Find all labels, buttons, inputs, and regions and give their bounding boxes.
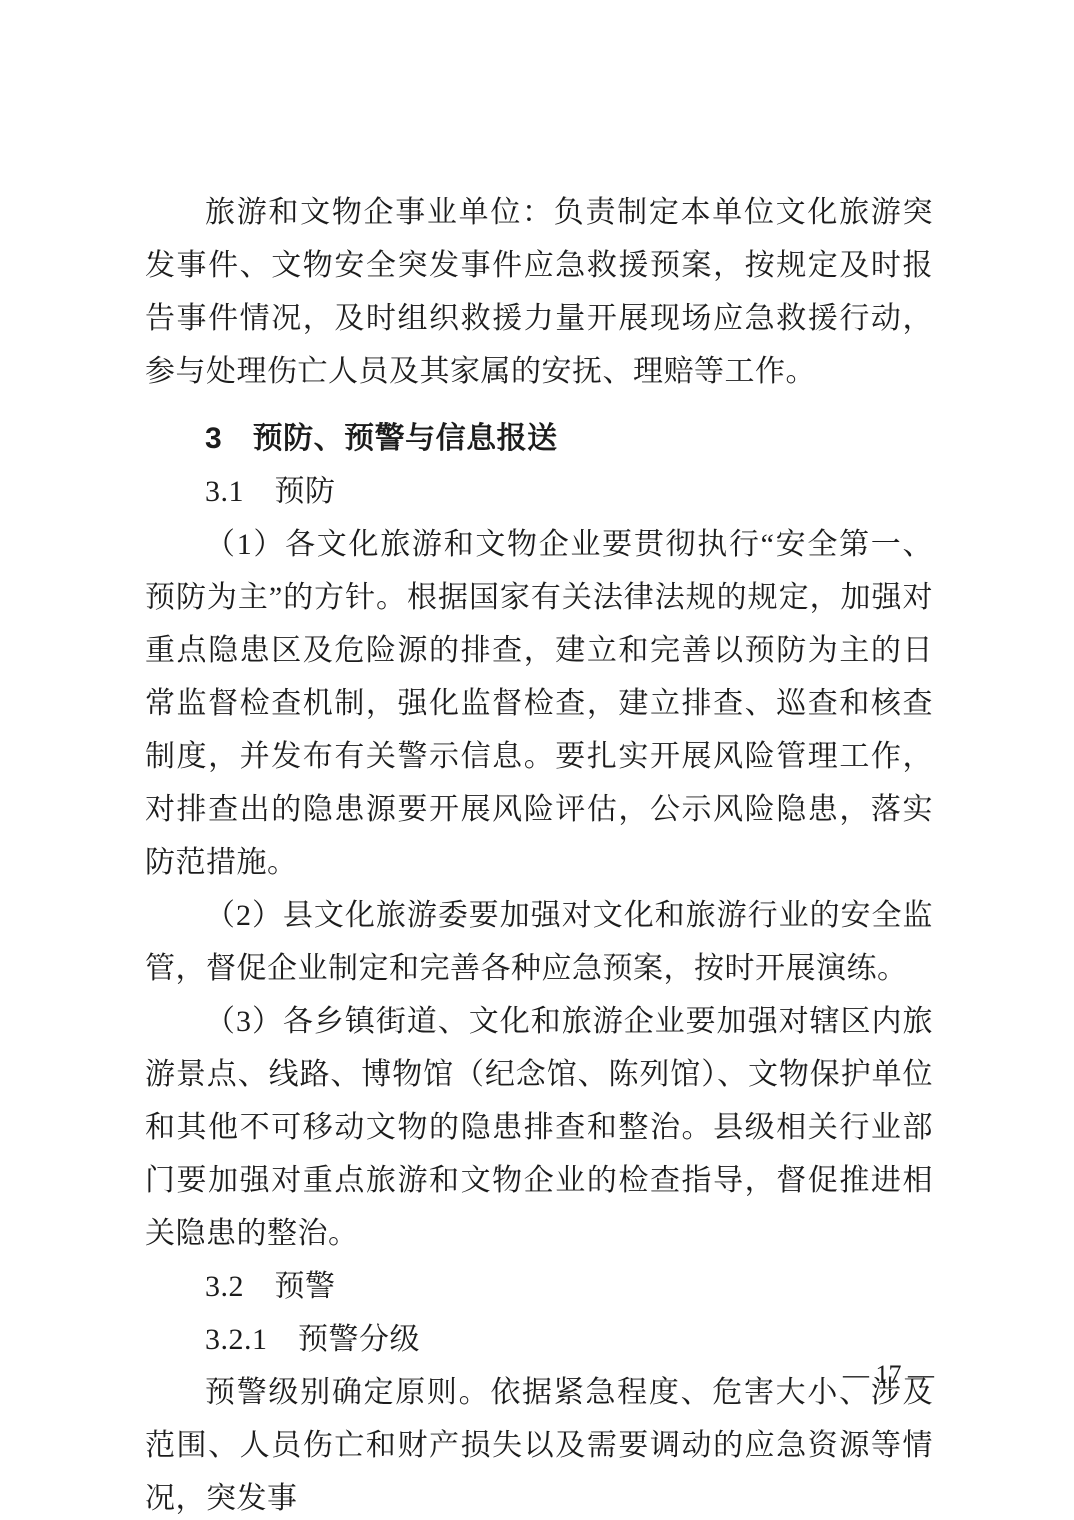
paragraph-warning-level-principle: 预警级别确定原则。依据紧急程度、危害大小、涉及范围、人员伤亡和财产损失以及需要调… bbox=[145, 1366, 933, 1520]
paragraph-item-3-inspection: （3）各乡镇街道、文化和旅游企业要加强对辖区内旅游景点、线路、博物馆（纪念馆、陈… bbox=[145, 995, 933, 1260]
heading-section-3: 3 预防、预警与信息报送 bbox=[145, 412, 933, 465]
document-page: 旅游和文物企事业单位：负责制定本单位文化旅游突发事件、文物安全突发事件应急救援预… bbox=[0, 0, 1074, 1520]
heading-section-3-2-1: 3.2.1 预警分级 bbox=[145, 1313, 933, 1366]
page-number: — 17 — bbox=[843, 1358, 934, 1392]
document-body: 旅游和文物企事业单位：负责制定本单位文化旅游突发事件、文物安全突发事件应急救援预… bbox=[145, 186, 933, 1520]
heading-section-3-1: 3.1 预防 bbox=[145, 465, 933, 518]
heading-section-3-2: 3.2 预警 bbox=[145, 1260, 933, 1313]
paragraph-tourism-units-duty: 旅游和文物企事业单位：负责制定本单位文化旅游突发事件、文物安全突发事件应急救援预… bbox=[145, 186, 933, 398]
paragraph-item-1-prevention: （1）各文化旅游和文物企业要贯彻执行“安全第一、预防为主”的方针。根据国家有关法… bbox=[145, 518, 933, 889]
paragraph-item-2-supervision: （2）县文化旅游委要加强对文化和旅游行业的安全监管，督促企业制定和完善各种应急预… bbox=[145, 889, 933, 995]
